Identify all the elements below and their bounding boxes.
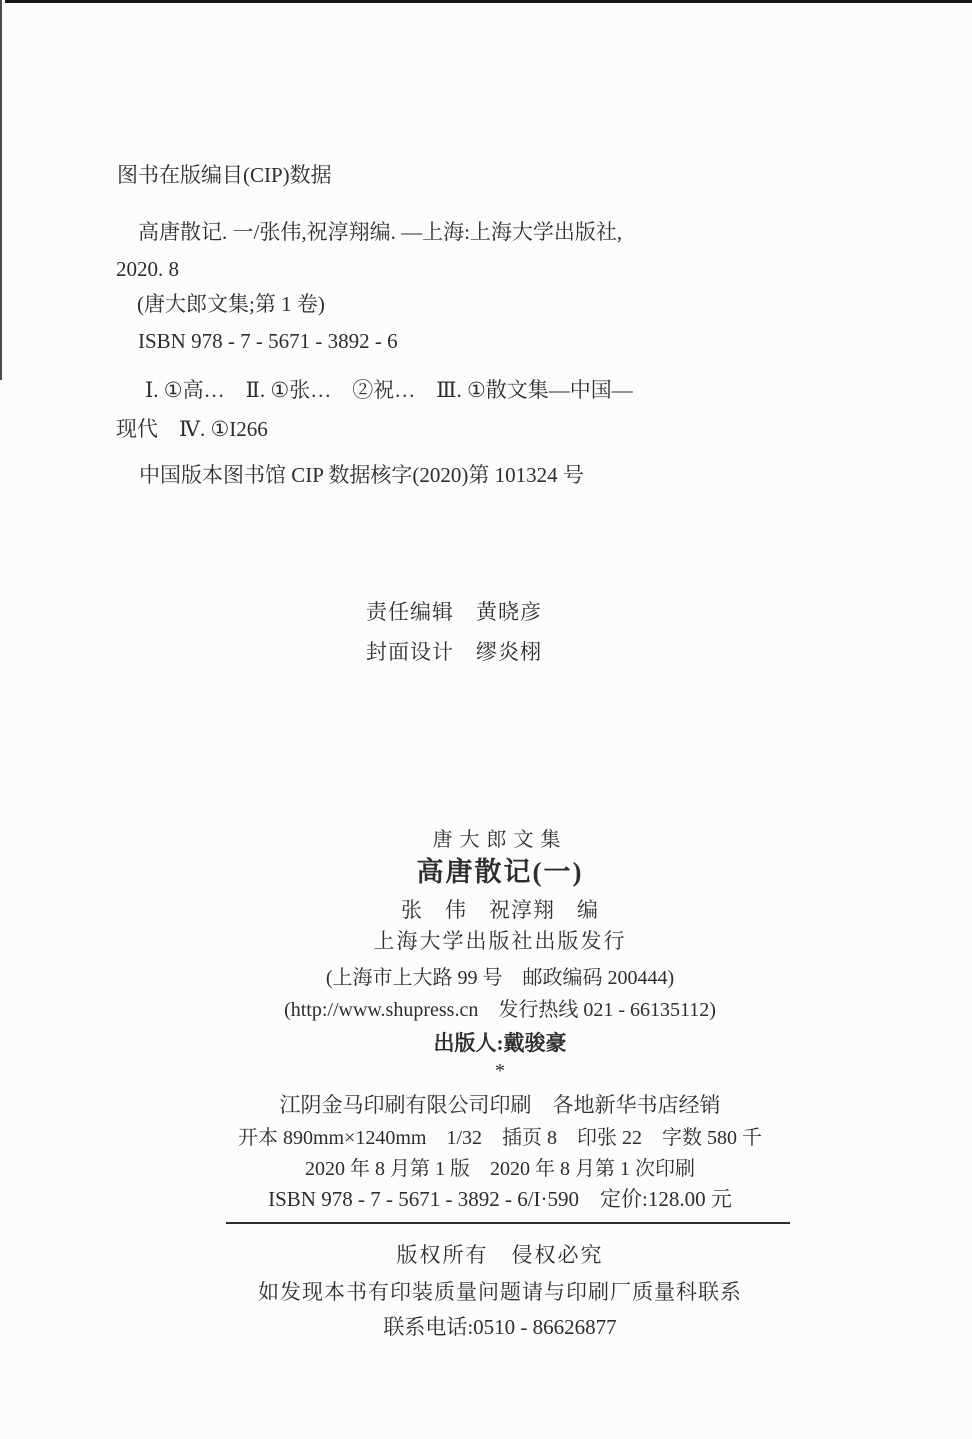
printer-distributor-line: 江阴金马印刷有限公司印刷 各地新华书店经销 (28, 1093, 972, 1117)
cover-designer-line: 封面设计 缪炎栩 (0, 636, 908, 666)
asterisk-separator: * (28, 1060, 972, 1083)
cip-heading: 图书在版编目(CIP)数据 (117, 163, 332, 187)
contact-phone: 联系电话:0510 - 86626877 (28, 1315, 972, 1339)
publisher-person: 出版人:戴骏豪 (28, 1031, 972, 1055)
cip-series-note: (唐大郎文集;第 1 卷) (137, 292, 325, 316)
cip-entry-line1: 高唐散记. 一/张伟,祝淳翔编. —上海:上海大学出版社, (138, 220, 622, 244)
website-hotline: (http://www.shupress.cn 发行热线 021 - 66135… (28, 999, 972, 1022)
responsible-editor-line: 责任编辑 黄晓彦 (0, 596, 908, 626)
format-line: 开本 890mm×1240mm 1/32 插页 8 印张 22 字数 580 千 (28, 1127, 972, 1150)
scan-left-edge-line (0, 0, 2, 380)
editors-line: 张 伟 祝淳翔 编 (28, 898, 972, 922)
edition-line: 2020 年 8 月第 1 版 2020 年 8 月第 1 次印刷 (28, 1158, 972, 1181)
horizontal-rule (226, 1222, 790, 1224)
series-name: 唐大郎文集 (28, 829, 972, 852)
quality-contact-note: 如发现本书有印装质量问题请与印刷厂质量科联系 (28, 1280, 972, 1304)
cip-entry-line2: 2020. 8 (116, 257, 179, 281)
publisher-address: (上海市上大路 99 号 邮政编码 200444) (28, 967, 972, 990)
book-title: 高唐散记(一) (28, 857, 972, 888)
publisher-line: 上海大学出版社出版发行 (28, 929, 972, 953)
cip-isbn: ISBN 978 - 7 - 5671 - 3892 - 6 (138, 329, 398, 353)
scan-top-edge-line (5, 0, 972, 3)
cip-classification-line2: 现代 Ⅳ. ①I266 (116, 417, 268, 441)
copyright-notice: 版权所有 侵权必究 (28, 1243, 972, 1267)
copyright-page: 图书在版编目(CIP)数据 高唐散记. 一/张伟,祝淳翔编. —上海:上海大学出… (0, 0, 972, 1439)
cip-record-number: 中国版本图书馆 CIP 数据核字(2020)第 101324 号 (139, 463, 584, 487)
isbn-price-line: ISBN 978 - 7 - 5671 - 3892 - 6/I·590 定价:… (28, 1187, 972, 1211)
cip-classification-line1: Ⅰ. ①高… Ⅱ. ①张… ②祝… Ⅲ. ①散文集—中国— (145, 378, 633, 402)
